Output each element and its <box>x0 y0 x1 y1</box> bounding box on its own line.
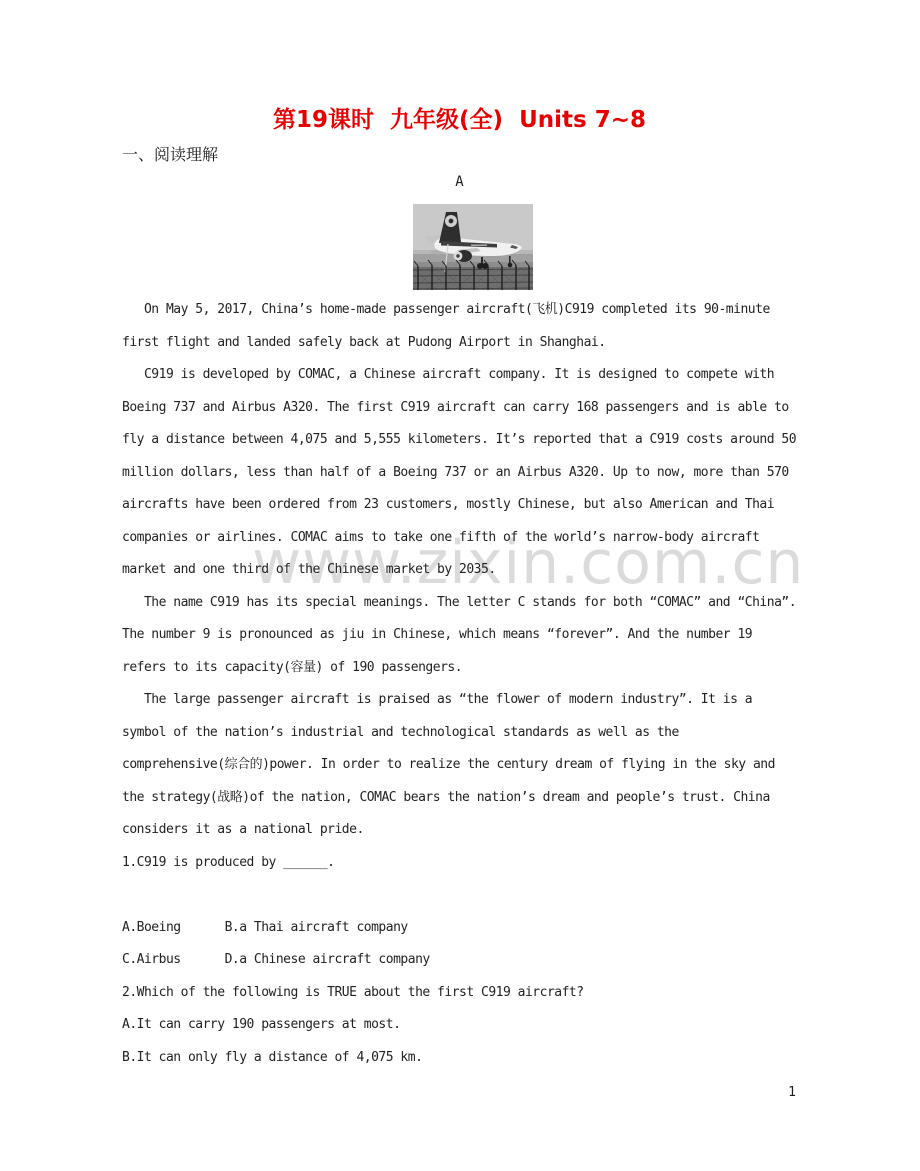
aircraft-photo <box>413 204 533 290</box>
page-title: 第19课时 九年级(全) Units 7~8 <box>122 104 797 136</box>
passage-paragraph-1: On May 5, 2017, China’s home-made passen… <box>122 294 797 359</box>
question-2-option-b: B.It can only fly a distance of 4,075 km… <box>122 1042 797 1075</box>
question-1-stem: 1.C919 is produced by ______. <box>122 847 797 880</box>
question-1-spacer <box>122 879 797 912</box>
passage-paragraph-2: C919 is developed by COMAC, a Chinese ai… <box>122 359 797 587</box>
passage-paragraph-4: The large passenger aircraft is praised … <box>122 684 797 847</box>
question-2: 2.Which of the following is TRUE about t… <box>122 977 797 1075</box>
passage-paragraph-3: The name C919 has its special meanings. … <box>122 587 797 685</box>
question-1-options-row-ab: A.Boeing B.a Thai aircraft company <box>122 912 797 945</box>
question-2-option-a: A.It can carry 190 passengers at most. <box>122 1009 797 1042</box>
question-1: 1.C919 is produced by ______. A.Boeing B… <box>122 847 797 977</box>
page-number: 1 <box>788 1084 796 1102</box>
aircraft-photo-illustration <box>413 204 533 290</box>
document-page: 第19课时 九年级(全) Units 7~8 一、阅读理解 A <box>0 0 920 1074</box>
section-heading: 一、阅读理解 <box>122 144 797 166</box>
question-1-options-row-cd: C.Airbus D.a Chinese aircraft company <box>122 944 797 977</box>
question-2-stem: 2.Which of the following is TRUE about t… <box>122 977 797 1010</box>
passage-label: A <box>122 172 797 192</box>
